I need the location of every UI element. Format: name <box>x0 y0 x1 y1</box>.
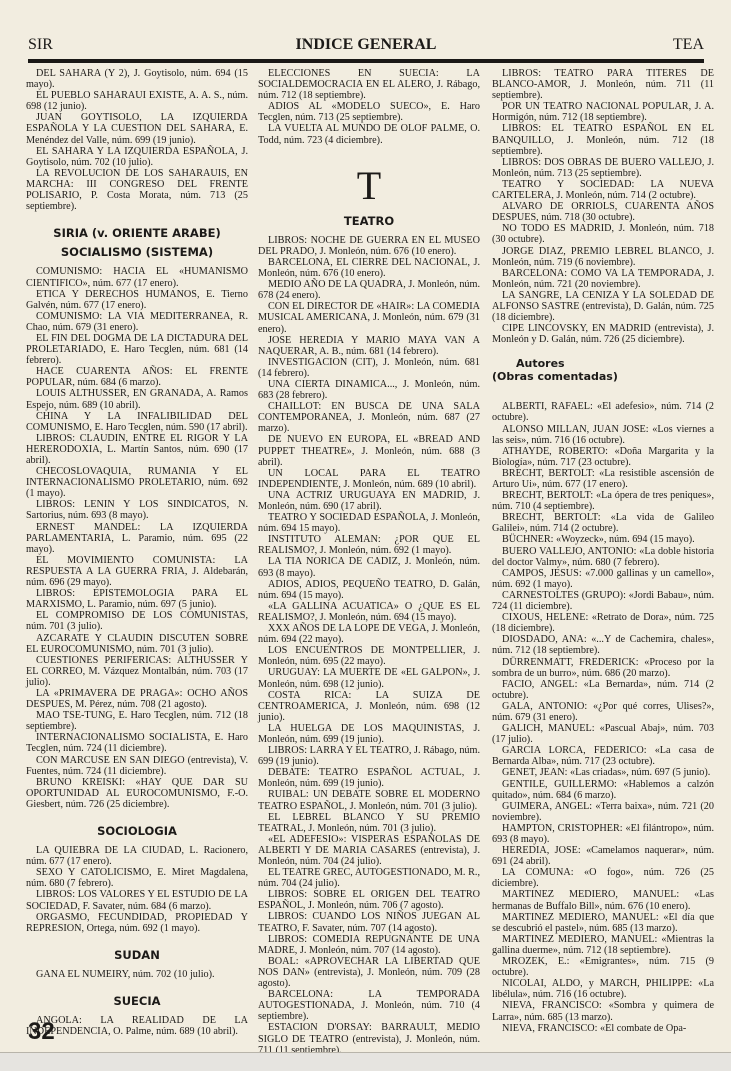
index-entry: NO TODO ES MADRID, J. Monleón, núm. 718 … <box>492 223 714 245</box>
index-entry: RUIBAL: UN DEBATE SOBRE EL MODERNO TEATR… <box>258 789 480 811</box>
index-entry: CIPE LINCOVSKY, EN MADRID (entrevista), … <box>492 323 714 345</box>
index-entry: LA SANGRE, LA CENIZA Y LA SOLEDAD DE ALF… <box>492 290 714 323</box>
index-entry: LA COMUNA: «O fogo», núm. 726 (25 diciem… <box>492 867 714 889</box>
index-entry: TEATRO Y SOCIEDAD: LA NUEVA CARTELERA, J… <box>492 179 714 201</box>
index-entry: LIBROS: LOS VALORES Y EL ESTUDIO DE LA S… <box>26 889 248 911</box>
index-entry: CHINA Y LA INFALIBILIDAD DEL COMUNISMO, … <box>26 411 248 433</box>
index-entry: INVESTIGACION (CIT), J. Monleón, núm. 68… <box>258 357 480 379</box>
index-entry: NIEVA, FRANCISCO: «Sombra y quimera de L… <box>492 1000 714 1022</box>
index-page: SIR INDICE GENERAL TEA DEL SAHARA (Y 2),… <box>0 0 731 1071</box>
column-2: ELECCIONES EN SUECIA: LA SOCIALDEMOCRACI… <box>258 68 480 1056</box>
index-entry: LIBROS: NOCHE DE GUERRA EN EL MUSEO DEL … <box>258 235 480 257</box>
index-entry: ERNEST MANDEL: LA IZQUIERDA PARLAMENTARI… <box>26 522 248 555</box>
index-entry: COMUNISMO: HACIA EL «HUMANISMO CIENTIFIC… <box>26 266 248 288</box>
index-entry: DEBATE: TEATRO ESPAÑOL ACTUAL, J. Monleó… <box>258 767 480 789</box>
index-entry: EL PUEBLO SAHARAUI EXISTE, A. A. S., núm… <box>26 90 248 112</box>
index-entry: LA HUELGA DE LOS MAQUINISTAS, J. Monleón… <box>258 723 480 745</box>
index-entry: EL COMPROMISO DE LOS COMUNISTAS, núm. 70… <box>26 610 248 632</box>
index-entry: GENTILE, GUILLERMO: «Hablemos a calzón q… <box>492 779 714 801</box>
index-entry: «EL ADEFESIO»: VISPERAS ESPAÑOLAS DE ALB… <box>258 834 480 867</box>
index-entry: BRECHT, BERTOLT: «La vida de Galileo Gal… <box>492 512 714 534</box>
index-entry: GANA EL NUMEIRY, núm. 702 (10 julio). <box>26 969 248 980</box>
index-entry: UNA CIERTA DINAMICA..., J. Monleón, núm.… <box>258 379 480 401</box>
index-entry: BÜCHNER: «Woyzeck», núm. 694 (15 mayo). <box>492 534 714 545</box>
index-entry: UN LOCAL PARA EL TEATRO INDEPENDIENTE, J… <box>258 468 480 490</box>
teatro-entries: LIBROS: NOCHE DE GUERRA EN EL MUSEO DEL … <box>258 235 480 1056</box>
section-heading-teatro: TEATRO <box>258 216 480 227</box>
index-entry: MROZEK, E.: «Emigrantes», núm. 715 (9 oc… <box>492 956 714 978</box>
index-entry: BARCELONA: COMO VA LA TEMPORADA, J. Monl… <box>492 268 714 290</box>
index-entry: BRECHT, BERTOLT: «La resistible ascensió… <box>492 468 714 490</box>
suecia-continued-entries: ELECCIONES EN SUECIA: LA SOCIALDEMOCRACI… <box>258 68 480 146</box>
index-entry: GALICH, MANUEL: «Pascual Abaj», núm. 703… <box>492 723 714 745</box>
index-entry: CON EL DIRECTOR DE «HAIR»: LA COMEDIA MU… <box>258 301 480 334</box>
suecia-entries: ANGOLA: LA REALIDAD DE LA INDEPENDENCIA,… <box>26 1015 248 1037</box>
section-heading-sudan: SUDAN <box>26 950 248 961</box>
index-entry: ADIOS, ADIOS, PEQUEÑO TEATRO, D. Galán, … <box>258 579 480 601</box>
autores-heading: Autores <box>492 357 714 370</box>
section-heading-sociologia: SOCIOLOGIA <box>26 826 248 837</box>
index-entry: SEXO Y CATOLICISMO, E. Miret Magdalena, … <box>26 867 248 889</box>
index-entry: GARCIA LORCA, FEDERICO: «La casa de Bern… <box>492 745 714 767</box>
section-heading-socialismo: SOCIALISMO (SISTEMA) <box>26 247 248 258</box>
index-entry: XXX AÑOS DE LA LOPE DE VEGA, J. Monleón,… <box>258 623 480 645</box>
index-entry: BOAL: «APROVECHAR LA LIBERTAD QUE NOS DA… <box>258 956 480 989</box>
index-entry: LA QUIEBRA DE LA CIUDAD, L. Racionero, n… <box>26 845 248 867</box>
index-entry: MARTINEZ MEDIERO, MANUEL: «El día que se… <box>492 912 714 934</box>
header-title: INDICE GENERAL <box>28 36 704 54</box>
index-entry: ETICA Y DERECHOS HUMANOS, E. Tierno Galv… <box>26 289 248 311</box>
index-entry: INTERNACIONALISMO SOCIALISTA, E. Haro Te… <box>26 732 248 754</box>
header-right-guide-word: TEA <box>673 36 704 54</box>
sociologia-entries: LA QUIEBRA DE LA CIUDAD, L. Racionero, n… <box>26 845 248 934</box>
index-entry: HACE CUARENTA AÑOS: EL FRENTE POPULAR, n… <box>26 366 248 388</box>
index-entry: ESTACION D'ORSAY: BARRAULT, MEDIO SIGLO … <box>258 1022 480 1055</box>
index-entry: LIBROS: CUANDO LOS NIÑOS JUEGAN AL TEATR… <box>258 911 480 933</box>
index-entry: «LA GALLINA ACUATICA» O ¿QUE ES EL REALI… <box>258 601 480 623</box>
index-entry: DIOSDADO, ANA: «...Y de Cachemira, chale… <box>492 634 714 656</box>
index-entry: LA «PRIMAVERA DE PRAGA»: OCHO AÑOS DESPU… <box>26 688 248 710</box>
index-entry: GUIMERA, ANGEL: «Terra baixa», núm. 721 … <box>492 801 714 823</box>
index-entry: MAO TSE-TUNG, E. Haro Tecglen, núm. 712 … <box>26 710 248 732</box>
index-entry: LA TIA NORICA DE CADIZ, J. Monleón, núm.… <box>258 556 480 578</box>
index-entry: INSTITUTO ALEMAN: ¿POR QUE EL REALISMO?,… <box>258 534 480 556</box>
index-entry: EL LEBREL BLANCO Y SU PREMIO TEATRAL, J.… <box>258 812 480 834</box>
autores-entries: ALBERTI, RAFAEL: «El adefesio», núm. 714… <box>492 401 714 1033</box>
index-entry: DE NUEVO EN EUROPA, EL «BREAD AND PUPPET… <box>258 434 480 467</box>
index-entry: LA REVOLUCION DE LOS SAHARAUIS, EN MARCH… <box>26 168 248 212</box>
index-entry: MARTINEZ MEDIERO, MANUEL: «Las hermanas … <box>492 889 714 911</box>
index-entry: BUERO VALLEJO, ANTONIO: «La doble histor… <box>492 546 714 568</box>
index-entry: JUAN GOYTISOLO, LA IZQUIERDA ESPAÑOLA Y … <box>26 112 248 145</box>
index-entry: CON MARCUSE EN SAN DIEGO (entrevista), V… <box>26 755 248 777</box>
index-entry: CUESTIONES PERIFERICAS: ALTHUSSER Y EL C… <box>26 655 248 688</box>
index-entry: GENET, JEAN: «Las criadas», núm. 697 (5 … <box>492 767 714 778</box>
index-entry: LOUIS ALTHUSSER, EN GRANADA, A. Ramos Es… <box>26 388 248 410</box>
index-entry: MARTINEZ MEDIERO, MANUEL: «Mientras la g… <box>492 934 714 956</box>
index-entry: NIEVA, FRANCISCO: «El combate de Opa- <box>492 1023 714 1034</box>
index-entry: CHAILLOT: EN BUSCA DE UNA SALA CONTEMPOR… <box>258 401 480 434</box>
index-entry: LIBROS: EPISTEMOLOGIA PARA EL MARXISMO, … <box>26 588 248 610</box>
index-entry: LIBROS: CLAUDIN, ENTRE EL RIGOR Y LA HER… <box>26 433 248 466</box>
section-heading-suecia: SUECIA <box>26 996 248 1007</box>
index-entry: EL SAHARA Y LA IZQUIERDA ESPAÑOLA, J. Go… <box>26 146 248 168</box>
index-entry: LIBROS: SOBRE EL ORIGEN DEL TEATRO ESPAÑ… <box>258 889 480 911</box>
index-entry: ATHAYDE, ROBERTO: «Doña Margarita y la B… <box>492 446 714 468</box>
index-entry: ELECCIONES EN SUECIA: LA SOCIALDEMOCRACI… <box>258 68 480 101</box>
obras-comentadas-heading: (Obras comentadas) <box>492 370 714 383</box>
index-entry: LIBROS: LENIN Y LOS SINDICATOS, N. Sarto… <box>26 499 248 521</box>
index-entry: LOS ENCUENTROS DE MONTPELLIER, J. Monleó… <box>258 645 480 667</box>
index-entry: MEDIO AÑO DE LA QUADRA, J. Monleón, núm.… <box>258 279 480 301</box>
index-entry: LIBROS: TEATRO PARA TITERES DE BLANCO-AM… <box>492 68 714 101</box>
index-entry: BRUNO KREISKI: «HAY QUE DAR SU OPORTUNID… <box>26 777 248 810</box>
index-entry: LIBROS: LARRA Y EL TEATRO, J. Rábago, nú… <box>258 745 480 767</box>
index-entry: NICOLAI, ALDO, y MARCH, PHILIPPE: «La li… <box>492 978 714 1000</box>
index-entry: BARCELONA, EL CIERRE DEL NACIONAL, J. Mo… <box>258 257 480 279</box>
index-entry: JOSE HEREDIA Y MARIO MAYA VAN A NAQUERAR… <box>258 335 480 357</box>
index-entry: AZCARATE Y CLAUDIN DISCUTEN SOBRE EL EUR… <box>26 633 248 655</box>
index-entry: JORGE DIAZ, PREMIO LEBREL BLANCO, J. Mon… <box>492 246 714 268</box>
index-entry: COSTA RICA: LA SUIZA DE CENTROAMERICA, J… <box>258 690 480 723</box>
index-entry: EL TEATRE GREC, AUTOGESTIONADO, M. R., n… <box>258 867 480 889</box>
index-entry: ALVARO DE ORRIOLS, CUARENTA AÑOS DESPUES… <box>492 201 714 223</box>
index-entry: GALA, ANTONIO: «¿Por qué corres, Ulises?… <box>492 701 714 723</box>
index-entry: URUGUAY: LA MUERTE DE «EL GALPON», J. Mo… <box>258 667 480 689</box>
index-entry: CHECOSLOVAQUIA, RUMANIA Y EL INTERNACION… <box>26 466 248 499</box>
index-entry: UNA ACTRIZ URUGUAYA EN MADRID, J. Monleó… <box>258 490 480 512</box>
scan-bottom-edge <box>0 1052 731 1071</box>
sahara-entries: DEL SAHARA (Y 2), J. Goytisolo, núm. 694… <box>26 68 248 212</box>
index-entry: CAMPOS, JESUS: «7.000 gallinas y un came… <box>492 568 714 590</box>
index-entry: DÜRRENMATT, FREDERICK: «Proceso por la s… <box>492 657 714 679</box>
index-entry: DEL SAHARA (Y 2), J. Goytisolo, núm. 694… <box>26 68 248 90</box>
column-1: DEL SAHARA (Y 2), J. Goytisolo, núm. 694… <box>26 68 248 1037</box>
index-entry: COMUNISMO: LA VIA MEDITERRANEA, R. Chao,… <box>26 311 248 333</box>
header-rule <box>28 59 704 63</box>
index-entry: POR UN TEATRO NACIONAL POPULAR, J. A. Ho… <box>492 101 714 123</box>
subsection-heading-autores: Autores (Obras comentadas) <box>492 357 714 383</box>
index-entry: BARCELONA: LA TEMPORADA AUTOGESTIONADA, … <box>258 989 480 1022</box>
index-entry: ADIOS AL «MODELO SUECO», E. Haro Tecglen… <box>258 101 480 123</box>
index-entry: ANGOLA: LA REALIDAD DE LA INDEPENDENCIA,… <box>26 1015 248 1037</box>
teatro-continued-entries: LIBROS: TEATRO PARA TITERES DE BLANCO-AM… <box>492 68 714 345</box>
column-3: LIBROS: TEATRO PARA TITERES DE BLANCO-AM… <box>492 68 714 1034</box>
running-header: SIR INDICE GENERAL TEA <box>28 36 704 56</box>
index-entry: ORGASMO, FECUNDIDAD, PROPIEDAD Y REPRESI… <box>26 912 248 934</box>
index-entry: LIBROS: EL TEATRO ESPAÑOL EN EL BANQUILL… <box>492 123 714 156</box>
index-entry: EL MOVIMIENTO COMUNISTA: LA RESPUESTA A … <box>26 555 248 588</box>
index-entry: ALONSO MILLAN, JUAN JOSE: «Los viernes a… <box>492 424 714 446</box>
index-entry: HEREDIA, JOSE: «Camelamos naquerar», núm… <box>492 845 714 867</box>
index-entry: CIXOUS, HELENE: «Retrato de Dora», núm. … <box>492 612 714 634</box>
sudan-entries: GANA EL NUMEIRY, núm. 702 (10 julio). <box>26 969 248 980</box>
index-entry: HAMPTON, CRISTOPHER: «El filántropo», nú… <box>492 823 714 845</box>
index-entry: TEATRO Y SOCIEDAD ESPAÑOLA, J. Monleón, … <box>258 512 480 534</box>
index-entry: EL FIN DEL DOGMA DE LA DICTADURA DEL PRO… <box>26 333 248 366</box>
section-heading-siria: SIRIA (v. ORIENTE ARABE) <box>26 228 248 239</box>
letter-divider: T <box>258 166 480 206</box>
index-entry: FACIO, ANGEL: «La Bernarda», núm. 714 (2… <box>492 679 714 701</box>
index-entry: LA VUELTA AL MUNDO DE OLOF PALME, O. Tod… <box>258 123 480 145</box>
index-entry: CARNESTOLTES (GRUPO): «Jordi Babau», núm… <box>492 590 714 612</box>
index-entry: BRECHT, BERTOLT: «La ópera de tres peniq… <box>492 490 714 512</box>
index-entry: LIBROS: DOS OBRAS DE BUERO VALLEJO, J. M… <box>492 157 714 179</box>
index-entry: ALBERTI, RAFAEL: «El adefesio», núm. 714… <box>492 401 714 423</box>
index-entry: LIBROS: COMEDIA REPUGNANTE DE UNA MADRE,… <box>258 934 480 956</box>
socialismo-entries: COMUNISMO: HACIA EL «HUMANISMO CIENTIFIC… <box>26 266 248 810</box>
page-number: 32 <box>28 1018 55 1046</box>
